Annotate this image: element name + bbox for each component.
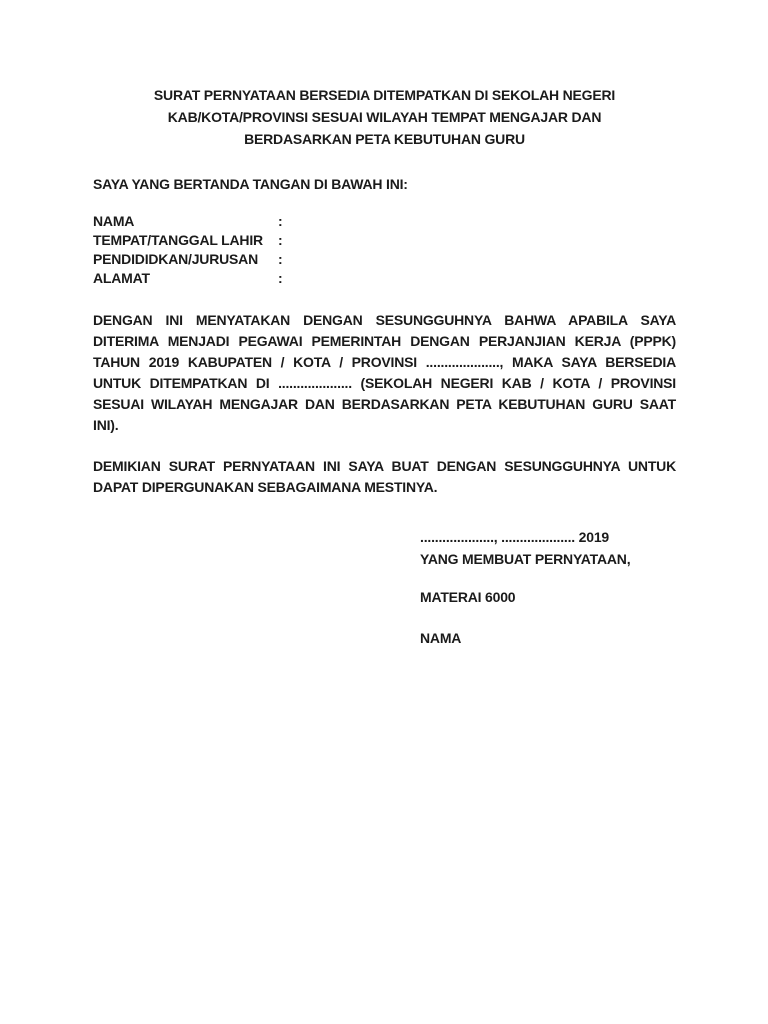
- identity-fields: NAMA : TEMPAT/TANGGAL LAHIR : PENDIDIDKA…: [93, 212, 676, 288]
- field-row-pendidikan-jurusan: PENDIDIDKAN/JURUSAN :: [93, 250, 676, 269]
- field-separator: :: [278, 269, 294, 288]
- signature-place-date-line: ...................., ..................…: [420, 526, 676, 548]
- field-separator: :: [278, 250, 294, 269]
- signature-stamp-line: MATERAI 6000: [420, 586, 676, 608]
- document-title-line-2: KAB/KOTA/PROVINSI SESUAI WILAYAH TEMPAT …: [93, 106, 676, 128]
- document-title: SURAT PERNYATAAN BERSEDIA DITEMPATKAN DI…: [93, 84, 676, 150]
- signature-name-line: NAMA: [420, 627, 676, 649]
- field-row-tempat-tanggal-lahir: TEMPAT/TANGGAL LAHIR :: [93, 231, 676, 250]
- field-separator: :: [278, 231, 294, 250]
- field-label-alamat: ALAMAT: [93, 269, 278, 288]
- field-row-nama: NAMA :: [93, 212, 676, 231]
- field-separator: :: [278, 212, 294, 231]
- field-value-alamat: [294, 269, 676, 288]
- signature-block: ...................., ..................…: [420, 526, 676, 649]
- field-value-tempat-tanggal-lahir: [294, 231, 676, 250]
- field-label-tempat-tanggal-lahir: TEMPAT/TANGGAL LAHIR: [93, 231, 278, 250]
- field-row-alamat: ALAMAT :: [93, 269, 676, 288]
- opening-statement: SAYA YANG BERTANDA TANGAN DI BAWAH INI:: [93, 174, 676, 194]
- signature-subject-line: YANG MEMBUAT PERNYATAAN,: [420, 548, 676, 570]
- field-label-pendidikan-jurusan: PENDIDIDKAN/JURUSAN: [93, 250, 278, 269]
- closing-paragraph: DEMIKIAN SURAT PERNYATAAN INI SAYA BUAT …: [93, 456, 676, 498]
- document-title-line-3: BERDASARKAN PETA KEBUTUHAN GURU: [93, 128, 676, 150]
- field-value-nama: [294, 212, 676, 231]
- field-label-nama: NAMA: [93, 212, 278, 231]
- statement-body-paragraph: DENGAN INI MENYATAKAN DENGAN SESUNGGUHNY…: [93, 310, 676, 436]
- document-page: SURAT PERNYATAAN BERSEDIA DITEMPATKAN DI…: [0, 0, 768, 1024]
- field-value-pendidikan-jurusan: [294, 250, 676, 269]
- document-title-line-1: SURAT PERNYATAAN BERSEDIA DITEMPATKAN DI…: [93, 84, 676, 106]
